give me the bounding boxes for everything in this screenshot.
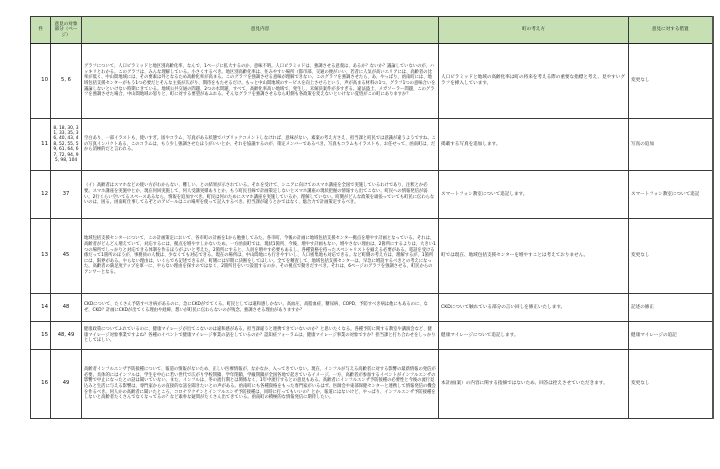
row-action: スマートフォン教室について追記 [629,171,713,219]
row-number: 13 [31,219,51,294]
table-row: 16 49 高齢者インフルエンザ予防接種について、報道の情報がないため、正しい医… [31,350,713,419]
row-opinion: 高齢者インフルエンザ予防接種について、報道の情報がないため、正しい医療情報が、な… [82,350,439,419]
row-town-view: 掲載する写真を追加します。 [439,119,629,171]
row-opinion: 健康政策についてふれているのに、健康マイレージが出てこないのは違和感がある。担当… [82,322,439,350]
table-row: 11 8, 18, 30, 31, 33, 35, 36, 40, 43, 48… [31,119,713,171]
row-opinion: （イ）高齢者はスマホなどの使い方がわからない、難しい、との結果が示されている。そ… [82,171,439,219]
row-page: 48, 49 [51,322,82,350]
header-target-page: 意見の対象部分（ページ） [51,17,82,44]
row-page: 45 [51,219,82,294]
row-town-view: 町では現在、地域包括支援センターを増やすことは考えておりません。 [439,219,629,294]
header-town-view: 町の考え方 [439,17,629,44]
row-action: 変更なし [629,350,713,419]
row-town-view: 本計画(案）の内容に関する指摘ではないため、回答は控えさせていただきます。 [439,350,629,419]
row-action: 変更なし [629,44,713,119]
public-comment-table: 件 意見の対象部分（ページ） 意見内容 町の考え方 意見に対する措置 10 5,… [30,16,714,419]
table-row: 14 48 CKDについて、たくさん予防すべき病があるのに、急にCKDがでてくる… [31,294,713,322]
row-opinion: 地域包括支援センターについて、この計画策定において、各市町の計画を1から勉強して… [82,219,439,294]
row-number: 14 [31,294,51,322]
row-action: 写真の追加 [629,119,713,171]
row-number: 16 [31,350,51,419]
table-row: 10 5, 6 グラフについて、人口ピラミッドと地区別高齢化率、なんで、1ページ… [31,44,713,119]
header-opinion: 意見内容 [82,17,439,44]
row-number: 12 [31,171,51,219]
row-town-view: 人口ピラミッドと地域の高齢化率は町の将来を考える際の重要な指標と考え、見やすいグ… [439,44,629,119]
table-row: 13 45 地域包括支援センターについて、この計画策定において、各市町の計画を1… [31,219,713,294]
row-page: 37 [51,171,82,219]
row-number: 15 [31,322,51,350]
row-page: 48 [51,294,82,322]
header-no: 件 [31,17,51,44]
row-action: 健康マイレージの追記 [629,322,713,350]
table-row: 15 48, 49 健康政策についてふれているのに、健康マイレージが出てこないの… [31,322,713,350]
row-town-view: 健康マイレージについて追記します。 [439,322,629,350]
table-header-row: 件 意見の対象部分（ページ） 意見内容 町の考え方 意見に対する措置 [31,17,713,44]
row-town-view: CKDについて触れている部分の言い回しを修正いたします。 [439,294,629,322]
row-page: 5, 6 [51,44,82,119]
row-opinion: 空白あり、一部イラストも、使いすぎ。図やコラム、写真がある状態でパブリックコメン… [82,119,439,171]
row-opinion: グラフについて、人口ピラミッドと地区別高齢化率、なんで、1ページに拡大するのか、… [82,44,439,119]
row-action: 変更なし [629,219,713,294]
row-action: 記述の修正 [629,294,713,322]
row-page: 49 [51,350,82,419]
row-number: 11 [31,119,51,171]
row-opinion: CKDについて、たくさん予防すべき病があるのに、急にCKDがでてくる。町民として… [82,294,439,322]
row-number: 10 [31,44,51,119]
row-town-view: スマートフォン教室について追記します。 [439,171,629,219]
header-action: 意見に対する措置 [629,17,713,44]
row-page: 8, 18, 30, 31, 33, 35, 36, 40, 43, 48, 5… [51,119,82,171]
table-row: 12 37 （イ）高齢者はスマホなどの使い方がわからない、難しい、との結果が示さ… [31,171,713,219]
